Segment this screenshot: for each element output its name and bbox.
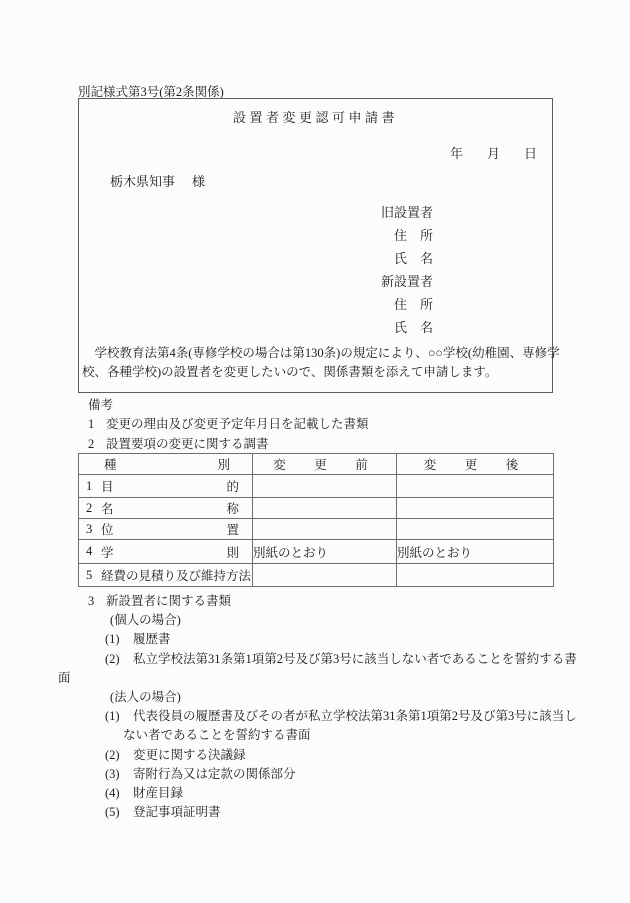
old-founder-role: 旧設置者 — [381, 201, 433, 224]
corporate-item-4-text: 財産目録 — [133, 786, 183, 800]
corporate-item-2-number: (2) — [105, 746, 133, 765]
table-row-name: 2名称 — [79, 498, 554, 519]
corporate-item-4-number: (4) — [105, 784, 133, 803]
row-4-before-cell: 別紙のとおり — [253, 540, 397, 564]
row-1-label-last: 的 — [226, 477, 239, 495]
note-item-1: 1変更の理由及び変更予定年月日を記載した書類 — [0, 415, 630, 434]
corporate-item-5-text: 登記事項証明書 — [133, 805, 221, 819]
documents-heading-number: 3 — [88, 592, 106, 611]
date-month-label: 月 — [487, 143, 500, 162]
corporate-item-3-number: (3) — [105, 765, 133, 784]
row-2-number: 2 — [86, 501, 101, 516]
corporate-item-2: (2)変更に関する決議録 — [0, 746, 630, 765]
old-founder-address-label: 住 所 — [381, 224, 433, 247]
row-4-label-last: 則 — [226, 543, 239, 561]
corporate-item-5-number: (5) — [105, 803, 133, 822]
form-title: 設置者変更認可申請書 — [79, 110, 552, 126]
row-3-after-cell — [397, 519, 554, 540]
row-1-before-cell — [253, 475, 397, 498]
notes-section: 備考 1変更の理由及び変更予定年月日を記載した書類 2設置要項の変更に関する調書 — [0, 396, 630, 454]
application-statement: 学校教育法第4条(専修学校の場合は第130条)の規定により、○○学校(幼稚園、専… — [82, 344, 549, 381]
addressee-name: 栃木県知事 — [110, 174, 175, 189]
statement-line-1: 学校教育法第4条(専修学校の場合は第130条)の規定により、○○学校(幼稚園、専… — [82, 344, 549, 363]
row-5-number: 5 — [86, 568, 101, 583]
header-cell-kind: 種 別 — [79, 454, 253, 475]
individual-item-2-wrap: 面 — [0, 669, 630, 688]
note-item-2-number: 2 — [88, 435, 106, 454]
row-5-kind-cell: 5経費の見積り及び維持方法 — [79, 564, 253, 587]
corporate-item-1-wrap: ない者であることを誓約する書面 — [0, 726, 630, 745]
header-cell-after: 変 更 後 — [397, 454, 554, 475]
corporate-item-4: (4)財産目録 — [0, 784, 630, 803]
row-4-number: 4 — [86, 544, 101, 559]
note-item-2-text: 設置要項の変更に関する調書 — [106, 437, 269, 451]
row-2-before-cell — [253, 498, 397, 519]
row-2-label-last: 称 — [226, 499, 239, 517]
application-box: 設置者変更認可申請書 年 月 日 栃木県知事様 旧設置者 住 所 氏 名 新設置… — [78, 98, 553, 393]
note-item-2: 2設置要項の変更に関する調書 — [0, 435, 630, 454]
corporate-item-3-text: 寄附行為又は定款の関係部分 — [133, 767, 296, 781]
row-4-label-first: 学 — [101, 543, 114, 561]
table-row-regulations: 4学則 別紙のとおり 別紙のとおり — [79, 540, 554, 564]
table-row-expenses: 5経費の見積り及び維持方法 — [79, 564, 554, 587]
row-3-label-first: 位 — [101, 520, 114, 538]
corporate-case-subheading: (法人の場合) — [0, 688, 630, 707]
row-2-label-first: 名 — [101, 499, 114, 517]
row-3-before-cell — [253, 519, 397, 540]
new-founder-role: 新設置者 — [381, 270, 433, 293]
row-1-number: 1 — [86, 479, 101, 494]
addressee-line: 栃木県知事様 — [110, 171, 205, 190]
individual-item-2-text: 私立学校法第31条第1項第2号及び第3号に該当しない者であることを誓約する書 — [133, 652, 577, 666]
note-item-1-number: 1 — [88, 415, 106, 434]
header-cell-before: 変 更 前 — [253, 454, 397, 475]
table-row-location: 3位置 — [79, 519, 554, 540]
row-3-label-last: 置 — [226, 520, 239, 538]
date-day-label: 日 — [524, 143, 537, 162]
table-header-row: 種 別 変 更 前 変 更 後 — [79, 454, 554, 475]
row-5-before-cell — [253, 564, 397, 587]
corporate-item-3: (3)寄附行為又は定款の関係部分 — [0, 765, 630, 784]
row-1-label-first: 目 — [101, 477, 114, 495]
note-item-1-text: 変更の理由及び変更予定年月日を記載した書類 — [106, 417, 369, 431]
individual-item-1-number: (1) — [105, 630, 133, 649]
new-founder-name-label: 氏 名 — [381, 316, 433, 339]
corporate-item-1: (1)代表役員の履歴書及びその者が私立学校法第31条第1項第2号及び第3号に該当… — [0, 707, 630, 726]
corporate-item-1-text: 代表役員の履歴書及びその者が私立学校法第31条第1項第2号及び第3号に該当し — [133, 709, 577, 723]
date-year-label: 年 — [450, 143, 463, 162]
corporate-item-5: (5)登記事項証明書 — [0, 803, 630, 822]
row-5-after-cell — [397, 564, 554, 587]
new-founder-address-label: 住 所 — [381, 293, 433, 316]
page: { "form": { "label": "別記様式第3号(第2条関係)", "… — [0, 0, 630, 903]
row-1-after-cell — [397, 475, 554, 498]
row-3-kind-cell: 3位置 — [79, 519, 253, 540]
individual-case-subheading: (個人の場合) — [0, 611, 630, 630]
header-kind-left: 種 — [104, 455, 117, 473]
row-2-kind-cell: 2名称 — [79, 498, 253, 519]
change-survey-table: 種 別 変 更 前 変 更 後 1目的 2名称 3位置 — [78, 453, 554, 587]
row-4-kind-cell: 4学則 — [79, 540, 253, 564]
documents-section: 3新設置者に関する書類 (個人の場合) (1)履歴書 (2)私立学校法第31条第… — [0, 592, 630, 822]
individual-item-2: (2)私立学校法第31条第1項第2号及び第3号に該当しない者であることを誓約する… — [0, 650, 630, 669]
party-block: 旧設置者 住 所 氏 名 新設置者 住 所 氏 名 — [381, 201, 433, 339]
individual-item-1: (1)履歴書 — [0, 630, 630, 649]
individual-item-1-text: 履歴書 — [133, 632, 171, 646]
header-kind-right: 別 — [217, 455, 230, 473]
corporate-item-1-number: (1) — [105, 707, 133, 726]
old-founder-name-label: 氏 名 — [381, 247, 433, 270]
addressee-honorific: 様 — [192, 174, 205, 189]
corporate-item-2-text: 変更に関する決議録 — [133, 748, 246, 762]
statement-line-2: 校、各種学校)の設置者を変更したいので、関係書類を添えて申請します。 — [82, 363, 549, 382]
row-4-after-cell: 別紙のとおり — [397, 540, 554, 564]
row-2-after-cell — [397, 498, 554, 519]
notes-heading: 備考 — [0, 396, 630, 415]
documents-heading-line: 3新設置者に関する書類 — [0, 592, 630, 611]
date-line: 年 月 日 — [450, 143, 537, 162]
documents-heading-text: 新設置者に関する書類 — [106, 594, 231, 608]
row-5-label: 経費の見積り及び維持方法 — [101, 566, 251, 584]
individual-item-2-number: (2) — [105, 650, 133, 669]
table-row-purpose: 1目的 — [79, 475, 554, 498]
row-3-number: 3 — [86, 522, 101, 537]
row-1-kind-cell: 1目的 — [79, 475, 253, 498]
